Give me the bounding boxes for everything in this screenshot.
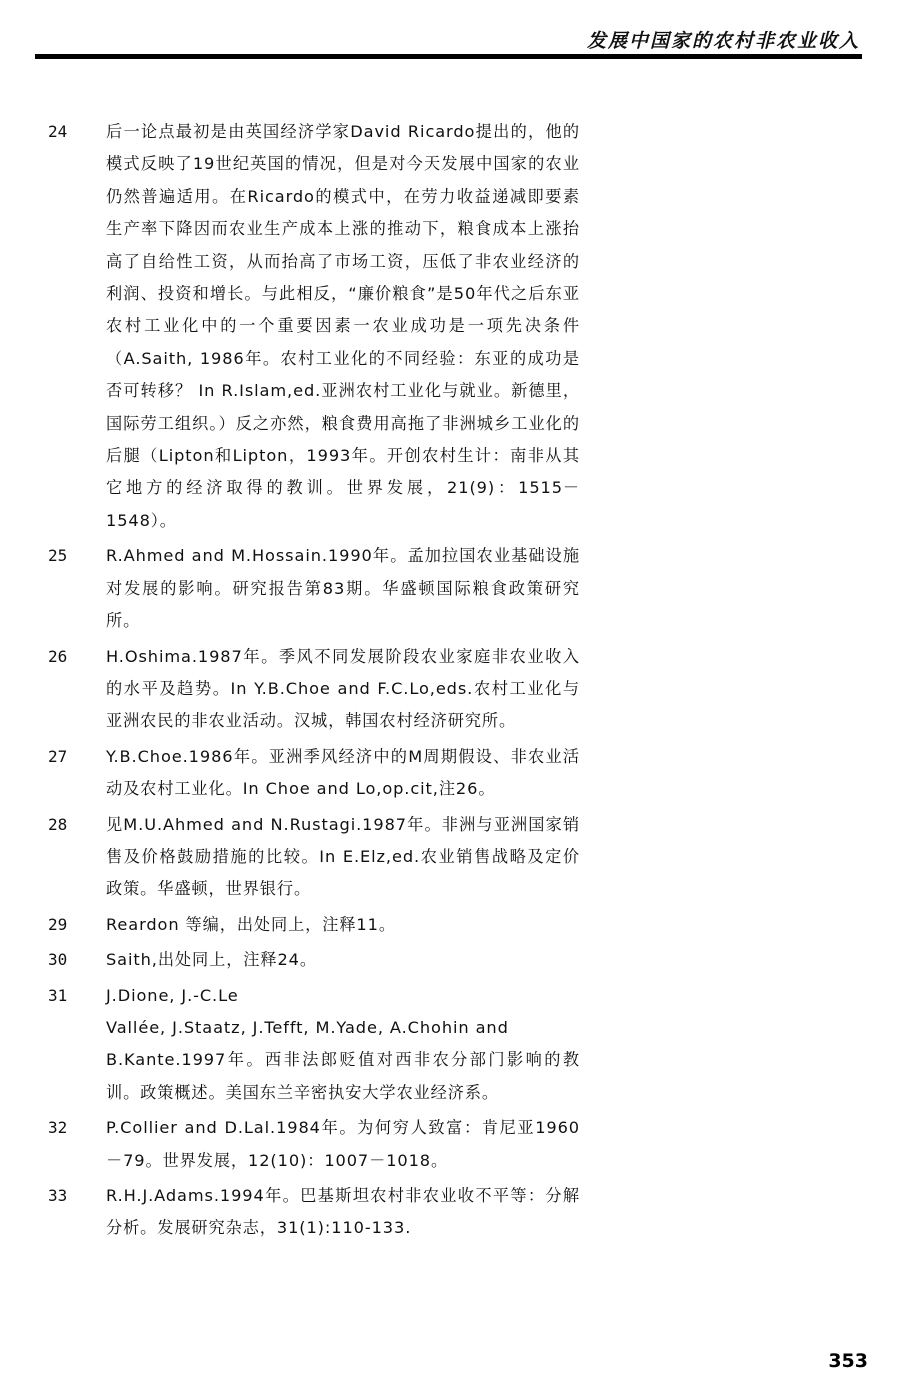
endnote-33: 33 R.H.J.Adams.1994年。巴基斯坦农村非农业收不平等：分解分析。…: [0, 1180, 900, 1245]
note-text: P.Collier and D.Lal.1984年。为何穷人致富：肯尼亚1960…: [106, 1112, 580, 1177]
note-text: 见M.U.Ahmed and N.Rustagi.1987年。非洲与亚洲国家销售…: [106, 809, 580, 906]
note-number: 33: [0, 1180, 106, 1245]
endnote-30: 30 Saith,出处同上，注释24。: [0, 944, 900, 976]
note-text: 后一论点最初是由英国经济学家David Ricardo提出的，他的模式反映了19…: [106, 116, 580, 537]
endnote-25: 25 R.Ahmed and M.Hossain.1990年。孟加拉国农业基础设…: [0, 540, 900, 637]
header-rule: [35, 54, 862, 59]
note-text: Y.B.Choe.1986年。亚洲季风经济中的M周期假设、非农业活动及农村工业化…: [106, 741, 580, 806]
note-number: 31: [0, 980, 106, 1110]
note-text-line: Vallée, J.Staatz, J.Tefft, M.Yade, A.Cho…: [106, 1012, 580, 1044]
note-text-line: B.Kante.1997年。西非法郎贬值对西非农分部门影响的教训。政策概述。美国…: [106, 1044, 580, 1109]
note-text: R.H.J.Adams.1994年。巴基斯坦农村非农业收不平等：分解分析。发展研…: [106, 1180, 580, 1245]
note-number: 24: [0, 116, 106, 537]
endnote-26: 26 H.Oshima.1987年。季风不同发展阶段农业家庭非农业收入的水平及趋…: [0, 641, 900, 738]
note-number: 29: [0, 909, 106, 941]
note-text: Saith,出处同上，注释24。: [106, 944, 580, 976]
page-number: 353: [828, 1350, 868, 1372]
endnote-32: 32 P.Collier and D.Lal.1984年。为何穷人致富：肯尼亚1…: [0, 1112, 900, 1177]
note-text-line: J.Dione, J.-C.Le: [106, 980, 580, 1012]
note-text: R.Ahmed and M.Hossain.1990年。孟加拉国农业基础设施对发…: [106, 540, 580, 637]
endnote-29: 29 Reardon 等编，出处同上，注释11。: [0, 909, 900, 941]
note-text: J.Dione, J.-C.Le Vallée, J.Staatz, J.Tef…: [106, 980, 580, 1110]
note-number: 30: [0, 944, 106, 976]
note-number: 32: [0, 1112, 106, 1177]
endnote-28: 28 见M.U.Ahmed and N.Rustagi.1987年。非洲与亚洲国…: [0, 809, 900, 906]
endnote-24: 24 后一论点最初是由英国经济学家David Ricardo提出的，他的模式反映…: [0, 116, 900, 537]
endnote-31: 31 J.Dione, J.-C.Le Vallée, J.Staatz, J.…: [0, 980, 900, 1110]
note-text: H.Oshima.1987年。季风不同发展阶段农业家庭非农业收入的水平及趋势。I…: [106, 641, 580, 738]
running-head-title: 发展中国家的农村非农业收入: [587, 26, 860, 53]
note-number: 26: [0, 641, 106, 738]
note-number: 28: [0, 809, 106, 906]
note-text: Reardon 等编，出处同上，注释11。: [106, 909, 580, 941]
endnote-27: 27 Y.B.Choe.1986年。亚洲季风经济中的M周期假设、非农业活动及农村…: [0, 741, 900, 806]
note-number: 25: [0, 540, 106, 637]
note-number: 27: [0, 741, 106, 806]
endnotes-list: 24 后一论点最初是由英国经济学家David Ricardo提出的，他的模式反映…: [0, 116, 900, 1248]
